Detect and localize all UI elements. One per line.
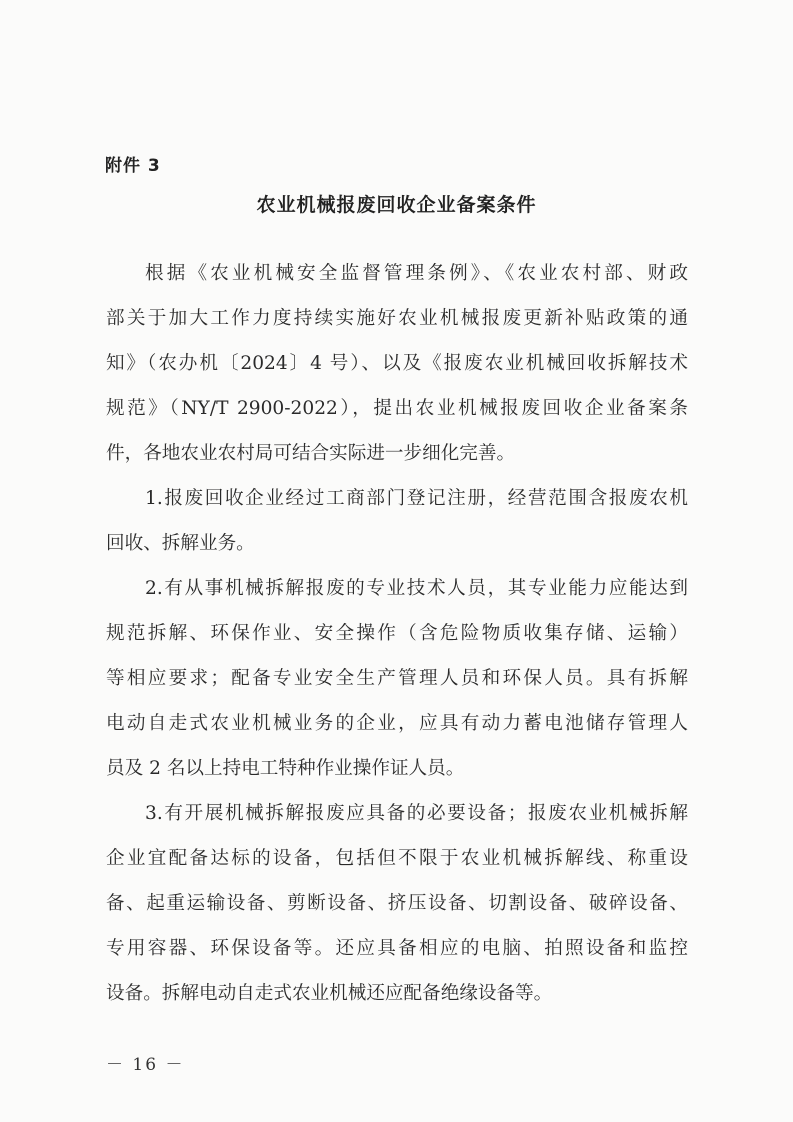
paragraph-line: 1.报废回收企业经过工商部门登记注册，经营范围含报废农机 bbox=[145, 487, 688, 511]
paragraph-line: 电动自走式农业机械业务的企业，应具有动力蓄电池储存管理人 bbox=[106, 712, 688, 736]
paragraph-line: 部关于加大工作力度持续实施好农业机械报废更新补贴政策的通 bbox=[106, 307, 688, 331]
paragraph-line: 规范》（NY/T 2900-2022），提出农业机械报废回收企业备案条 bbox=[106, 397, 688, 421]
paragraph-line: 3.有开展机械拆解报废应具备的必要设备；报废农业机械拆解 bbox=[145, 802, 688, 826]
paragraph-line: 员及 2 名以上持电工特种作业操作证人员。 bbox=[106, 757, 688, 781]
document-title: 农业机械报废回收企业备案条件 bbox=[0, 190, 793, 217]
attachment-label: 附件 3 bbox=[105, 151, 161, 176]
paragraph-line: 备、起重运输设备、剪断设备、挤压设备、切割设备、破碎设备、 bbox=[106, 892, 688, 916]
paragraph-line: 根据《农业机械安全监督管理条例》、《农业农村部、财政 bbox=[145, 262, 688, 286]
paragraph-line: 2.有从事机械拆解报废的专业技术人员，其专业能力应能达到 bbox=[145, 577, 688, 601]
page-number: － 16 － bbox=[106, 1050, 184, 1075]
paragraph-line: 件，各地农业农村局可结合实际进一步细化完善。 bbox=[106, 442, 688, 466]
paragraph-line: 专用容器、环保设备等。还应具备相应的电脑、拍照设备和监控 bbox=[106, 937, 688, 961]
document-page: 附件 3 农业机械报废回收企业备案条件 根据《农业机械安全监督管理条例》、《农业… bbox=[0, 0, 793, 1122]
paragraph-line: 等相应要求；配备专业安全生产管理人员和环保人员。具有拆解 bbox=[106, 667, 688, 691]
paragraph-line: 设备。拆解电动自走式农业机械还应配备绝缘设备等。 bbox=[106, 982, 688, 1006]
paragraph-line: 规范拆解、环保作业、安全操作（含危险物质收集存储、运输） bbox=[106, 622, 688, 646]
paragraph-line: 企业宜配备达标的设备，包括但不限于农业机械拆解线、称重设 bbox=[106, 847, 688, 871]
paragraph-line: 知》（农办机〔2024〕4 号）、以及《报废农业机械回收拆解技术 bbox=[106, 352, 688, 376]
paragraph-line: 回收、拆解业务。 bbox=[106, 532, 688, 556]
